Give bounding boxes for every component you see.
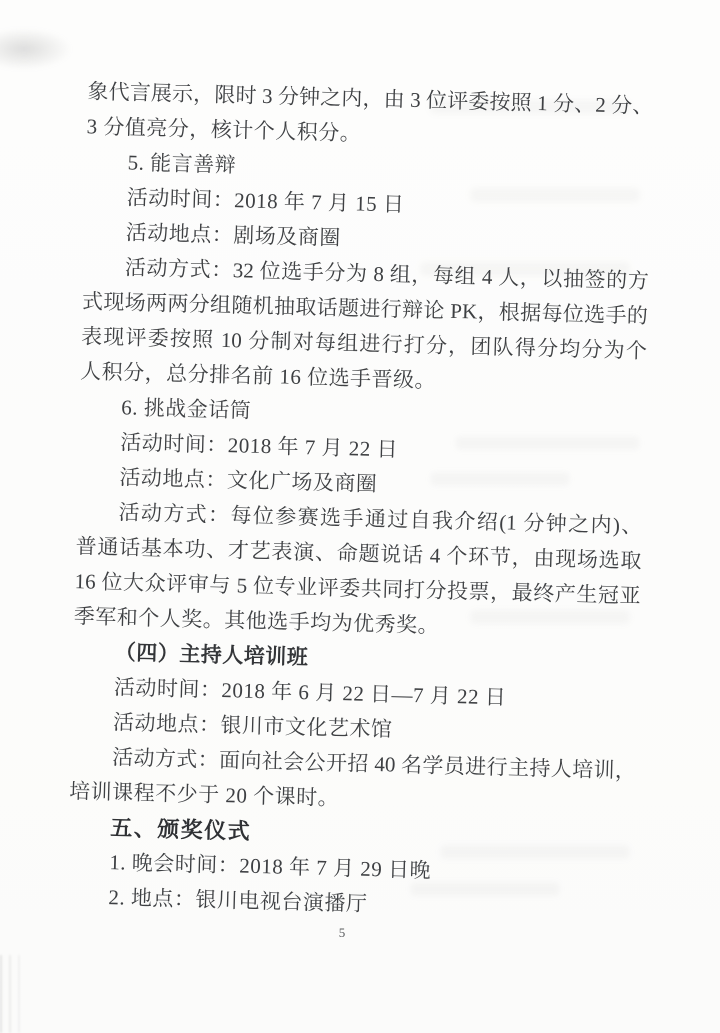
scanned-document-page: 象代言展示，限时 3 分钟之内，由 3 位评委按照 1 分、2 分、3 分值亮分… <box>0 0 720 1033</box>
scan-streaks <box>0 955 30 1033</box>
document-lines: 象代言展示，限时 3 分钟之内，由 3 位评委按照 1 分、2 分、3 分值亮分… <box>66 74 654 929</box>
page-number: 5 <box>0 925 702 941</box>
scan-smudge <box>0 28 72 70</box>
